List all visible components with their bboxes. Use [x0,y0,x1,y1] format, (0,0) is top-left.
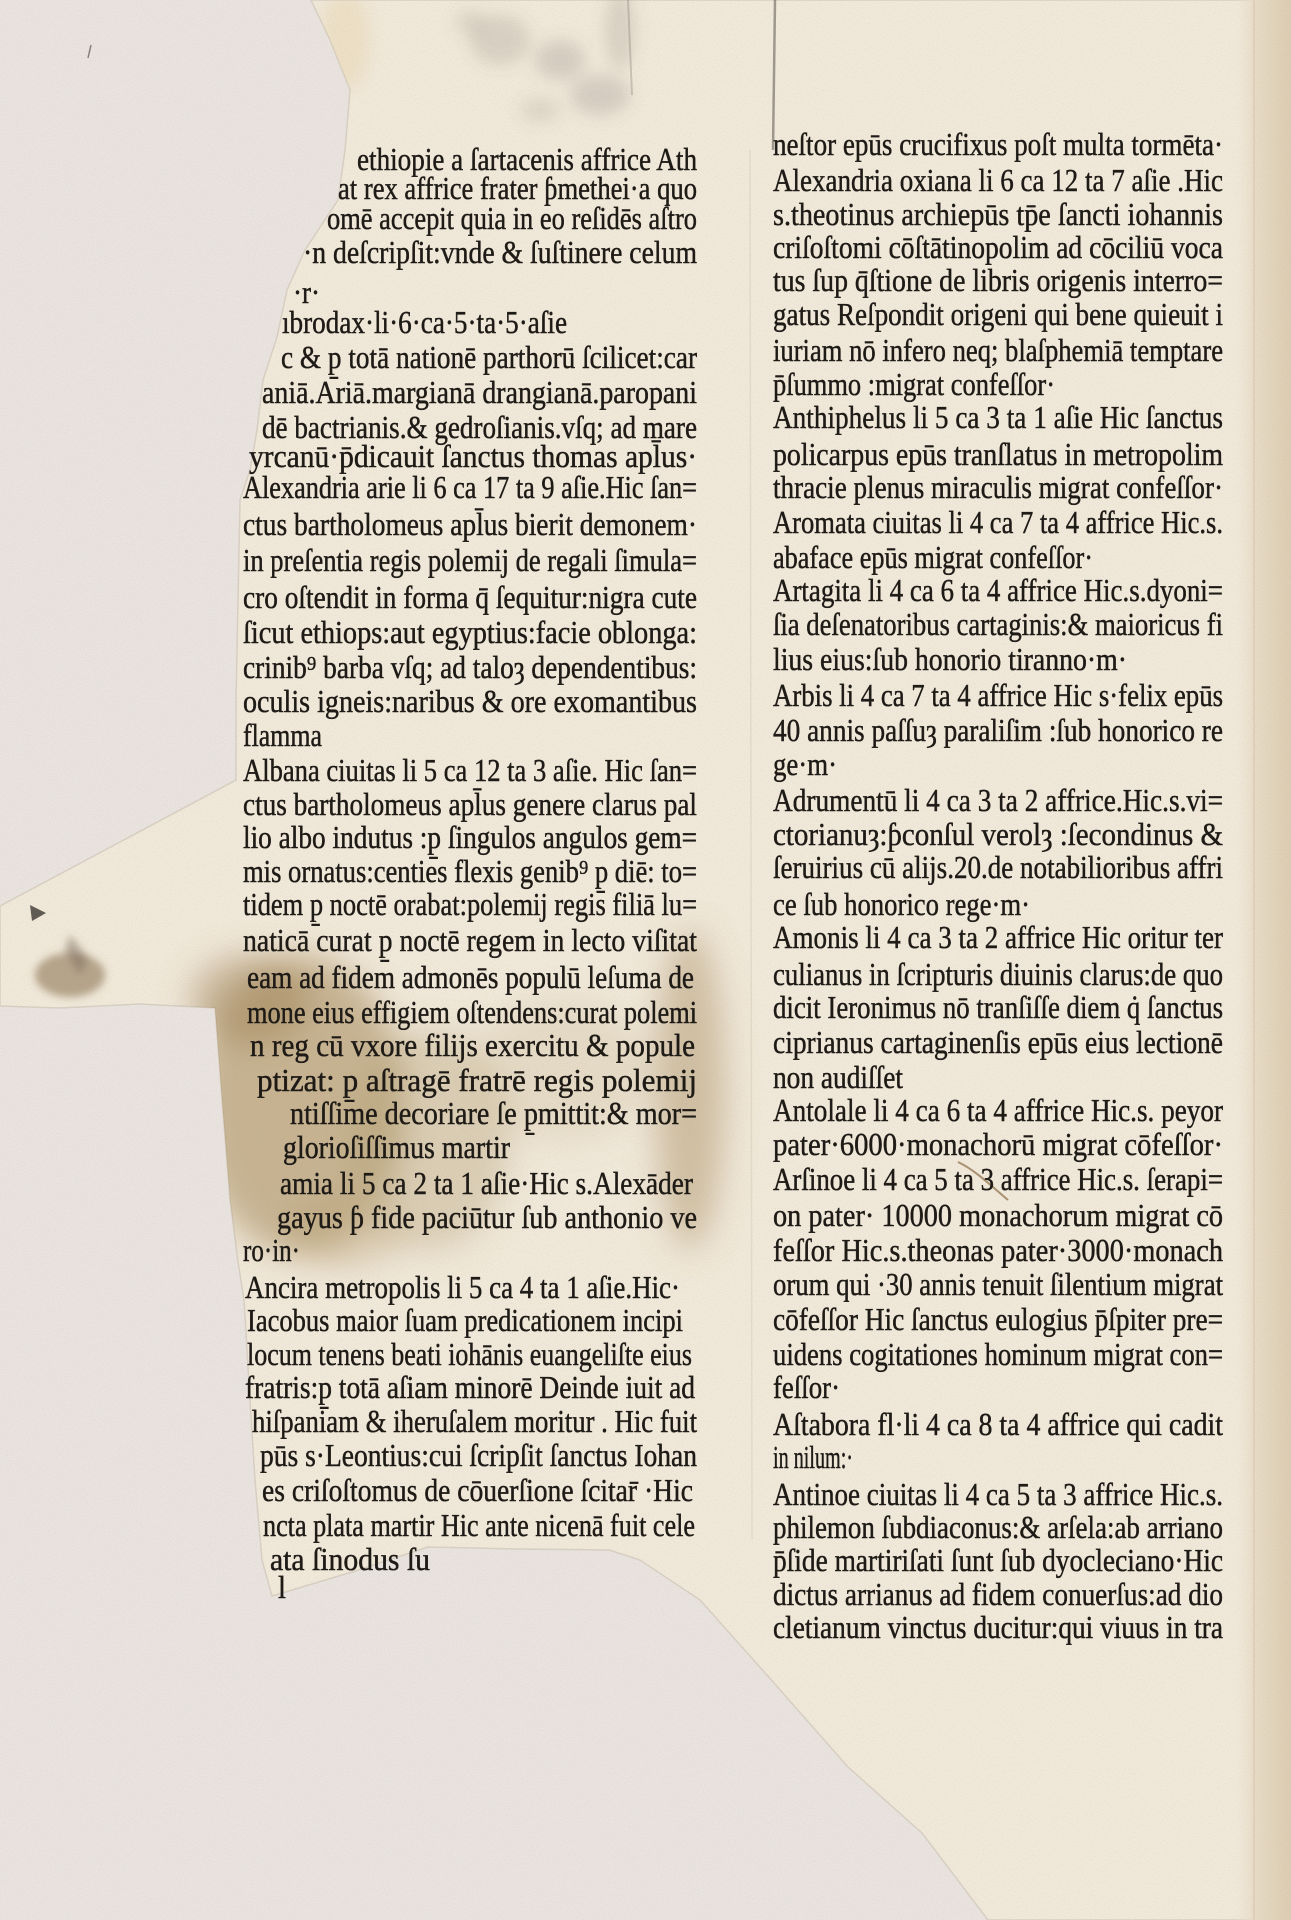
right-column-line: Aromata ciuitas li 4 ca 7 ta 4 affrice H… [773,505,1223,539]
line-text: ctus bartholomeus apl̄us genere clarus p… [243,787,697,821]
right-column-line: thracie plenus miraculis migrat confeſſo… [773,470,1223,504]
left-column-line: lio albo indutus :p̱ ſingulos angulos ge… [243,820,697,854]
left-column-line: omē accepit quia in eo reſidēs aſtro [327,201,697,235]
right-column-line: Alexandria oxiana li 6 ca 12 ta 7 aſie .… [773,163,1223,197]
right-column-line: ſeruirius cū alijs.20.de notabilioribus … [773,850,1223,884]
line-text: crinib⁹ barba vſq; ad taloȝ dependentibu… [243,650,697,684]
line-text: ctorianuȝ:ƥconſul verolȝ :ſecondinus & [773,817,1223,851]
right-column-line: Arſinoe li 4 ca 5 ta 3 affrice Hic.s. ſe… [773,1162,1223,1196]
line-text: Anthiphelus li 5 ca 3 ta 1 aſie Hic ſanc… [773,400,1223,434]
line-text: uidens cogitationes hominum migrat con= [773,1337,1223,1371]
left-column-line: naticā curat p̱ noctē regem in lecto viſ… [243,923,697,957]
line-text: glorioſiſſimus martir [283,1130,510,1164]
left-column-line: fratris:p̱ totā aſiam minorē Deinde iuit… [245,1370,695,1404]
line-text: Amonis li 4 ca 3 ta 2 affrice Hic oritur… [773,920,1223,954]
line-text: Alexandria arie li 6 ca 17 ta 9 aſie.Hic… [243,470,697,504]
line-text: abaface epūs migrat confeſſor· [773,540,1093,574]
right-column-line: cletianum vinctus ducitur:qui viuus in t… [773,1610,1223,1644]
left-column-line: ata ſinodus ſu [270,1542,430,1576]
right-column-line: Amonis li 4 ca 3 ta 2 affrice Hic oritur… [773,920,1223,954]
left-column-line: Albana ciuitas li 5 ca 12 ta 3 aſie. Hic… [243,753,697,787]
left-column-line: locum tenens beati iohānis euangeliſte e… [247,1337,692,1371]
left-column-line: cro oſtendit in forma q̄ ſequitur:nigra … [243,580,697,614]
right-column-line: Aſtabora fl·li 4 ca 8 ta 4 affrice qui c… [773,1407,1223,1441]
left-column-line: eam ad fidem admonēs populū leſuma de [247,960,694,994]
line-text: tidem p̱ noctē orabat:polemij regis fili… [243,887,697,921]
line-text: omē accepit quia in eo reſidēs aſtro [327,201,697,235]
right-column-line: orum qui ·30 annis tenuit ſilentium migr… [773,1267,1223,1301]
line-text: Iacobus maior ſuam predicationem incipi [247,1303,683,1337]
right-column-line: feſſor· [773,1370,840,1404]
right-column-line: policarpus epūs tranſlatus in metropolim [773,437,1223,471]
line-text: policarpus epūs tranſlatus in metropolim [773,437,1223,471]
line-text: Aromata ciuitas li 4 ca 7 ta 4 affrice H… [773,505,1223,539]
right-column-line: Antolale li 4 ca 6 ta 4 affrice Hic.s. p… [773,1093,1223,1127]
right-column-line: ge·m· [773,747,837,781]
right-column-line: p̄ſide martiriſati ſunt ſub dyocleciano·… [773,1543,1223,1577]
left-column-line: ro·in· [243,1233,300,1267]
right-column-line: Antinoe ciuitas li 4 ca 5 ta 3 affrice H… [773,1477,1223,1511]
line-text: neſtor epūs crucifixus poſt multa tormēt… [773,127,1223,161]
left-column-line: oculis igneis:naribus & ore exomantibus [243,684,697,718]
right-column-line: philemon ſubdiaconus:& arſela:ab arriano [773,1510,1223,1544]
line-text: Artagita li 4 ca 6 ta 4 affrice Hic.s.dy… [773,573,1223,607]
left-column-line: tidem p̱ noctē orabat:polemij regis fili… [243,887,697,921]
line-text: non audiſſet [773,1060,903,1094]
left-column-line: mis ornatus:centies flexis genib⁹ p̱ diē… [243,854,697,888]
line-text: lio albo indutus :p̱ ſingulos angulos ge… [243,820,697,854]
line-text: hiſpaniam & iheruſalem moritur . Hic fui… [252,1404,697,1438]
line-text: ntiſſime decoriare ſe p̱mittit:& mor= [290,1096,697,1130]
right-column-line: feſſor Hic.s.theonas pater·3000·monach [773,1233,1223,1267]
left-column-line: ptizat: p̱ aſtragē fratrē regis polemij [257,1063,697,1097]
line-text: flamma [243,718,322,752]
left-column-line: l [278,1570,286,1604]
line-text: thracie plenus miraculis migrat confeſſo… [773,470,1223,504]
left-column-line: ıbrodax·li·6·ca·5·ta·5·aſie [282,305,567,339]
right-column-line: p̄ſummo :migrat confeſſor· [773,367,1055,401]
right-column-line: pater·6000·monachorū migrat cōfeſſor· [773,1127,1223,1161]
right-column-line: dictus arrianus ad fidem conuerſus:ad di… [773,1577,1223,1611]
right-column-line: ce ſub honorico rege·m· [773,887,1030,921]
line-text: ·n deſcripſit:vnde & ſuſtinere celum [303,235,697,269]
line-text: yrcanū·p̄dicauit ſanctus thomas apl̄us· [249,439,697,473]
line-text: ıbrodax·li·6·ca·5·ta·5·aſie [282,305,567,339]
line-text: criſoſtomi cōſtātinopolim ad cōciliū voc… [773,230,1223,264]
line-text: aniā.Ariā.margianā drangianā.paropani [262,375,697,409]
line-text: in preſentia regis polemij de regali ſim… [243,543,697,577]
left-column-line: Iacobus maior ſuam predicationem incipi [247,1303,683,1337]
line-text: Aſtabora fl·li 4 ca 8 ta 4 affrice qui c… [773,1407,1223,1441]
line-text: Antolale li 4 ca 6 ta 4 affrice Hic.s. p… [773,1093,1223,1127]
left-column-line: gayus ƥ fide paciūtur ſub anthonio ve [277,1200,697,1234]
left-column-line: n reg cū vxore filijs exercitu & popule [250,1028,695,1062]
left-column-line: in preſentia regis polemij de regali ſim… [243,543,697,577]
line-text: Alexandria oxiana li 6 ca 12 ta 7 aſie .… [773,163,1223,197]
right-column-line: 40 annis paſſuȝ paraliſim :ſub honorico … [773,713,1223,747]
right-column-line: dicit Ieronimus nō tranſiſſe diem q̇ ſan… [773,990,1223,1024]
left-column-line: crinib⁹ barba vſq; ad taloȝ dependentibu… [243,650,697,684]
line-text: ciprianus cartaginenſis epūs eius lectio… [773,1025,1223,1059]
line-text: ſeruirius cū alijs.20.de notabilioribus … [773,850,1223,884]
line-text: ncta plata martir Hic ante nicenā fuit c… [263,1508,695,1542]
line-text: philemon ſubdiaconus:& arſela:ab arriano [773,1510,1223,1544]
line-text: Adrumentū li 4 ca 3 ta 2 affrice.Hic.s.v… [773,783,1223,817]
left-column-line: Alexandria arie li 6 ca 17 ta 9 aſie.Hic… [243,470,697,504]
left-column-line: glorioſiſſimus martir [283,1130,510,1164]
line-text: mis ornatus:centies flexis genib⁹ p̱ diē… [243,854,697,888]
line-text: on pater· 10000 monachorum migrat cō [773,1198,1223,1232]
left-column-line: pūs s·Leontius:cui ſcripſit ſanctus Ioha… [260,1438,697,1472]
line-text: mone eius effigiem oſtendens:curat polem… [247,995,697,1029]
line-text: pater·6000·monachorū migrat cōfeſſor· [773,1127,1223,1161]
line-text: ge·m· [773,747,837,781]
right-column-line: Anthiphelus li 5 ca 3 ta 1 aſie Hic ſanc… [773,400,1223,434]
line-text: locum tenens beati iohānis euangeliſte e… [247,1337,692,1371]
left-column-line: yrcanū·p̄dicauit ſanctus thomas apl̄us· [249,439,697,473]
line-text: eam ad fidem admonēs populū leſuma de [247,960,694,994]
right-column-line: Arbis li 4 ca 7 ta 4 affrice Hic s·felix… [773,678,1223,712]
line-text: in nilum:· [773,1440,853,1474]
line-text: Ancira metropolis li 5 ca 4 ta 1 aſie.Hi… [245,1270,680,1304]
right-column-line: ciprianus cartaginenſis epūs eius lectio… [773,1025,1223,1059]
line-text: dictus arrianus ad fidem conuerſus:ad di… [773,1577,1223,1611]
line-text: ce ſub honorico rege·m· [773,887,1030,921]
left-column-line: Ancira metropolis li 5 ca 4 ta 1 aſie.Hi… [245,1270,680,1304]
right-column-line: tus ſup q̄ſtione de libris origenis inte… [773,263,1223,297]
right-column-line: ſia deſenatoribus cartaginis:& maioricus… [773,607,1223,641]
right-column-line: neſtor epūs crucifixus poſt multa tormēt… [773,127,1223,161]
line-text: naticā curat p̱ noctē regem in lecto viſ… [243,923,697,957]
left-column-line: mone eius effigiem oſtendens:curat polem… [247,995,697,1029]
right-column-line: uidens cogitationes hominum migrat con= [773,1337,1223,1371]
line-text: feſſor· [773,1370,840,1404]
right-column-line: ctorianuȝ:ƥconſul verolȝ :ſecondinus & [773,817,1223,851]
line-text: Arbis li 4 ca 7 ta 4 affrice Hic s·felix… [773,678,1223,712]
right-column-line: non audiſſet [773,1060,903,1094]
left-column-line: hiſpaniam & iheruſalem moritur . Hic fui… [252,1404,697,1438]
line-text: tus ſup q̄ſtione de libris origenis inte… [773,263,1223,297]
line-text: gayus ƥ fide paciūtur ſub anthonio ve [277,1200,697,1234]
line-text: culianus in ſcripturis diuinis clarus:de… [773,957,1223,991]
line-text: orum qui ·30 annis tenuit ſilentium migr… [773,1267,1223,1301]
right-column-line: in nilum:· [773,1440,853,1474]
line-text: ſia deſenatoribus cartaginis:& maioricus… [773,607,1223,641]
line-text: fratris:p̱ totā aſiam minorē Deinde iuit… [245,1370,695,1404]
line-text: pūs s·Leontius:cui ſcripſit ſanctus Ioha… [260,1438,697,1472]
line-text: 40 annis paſſuȝ paraliſim :ſub honorico … [773,713,1223,747]
line-text: l [278,1570,286,1604]
left-column-line: ſicut ethiops:aut egyptius:facie oblonga… [243,615,697,649]
right-column-line: culianus in ſcripturis diuinis clarus:de… [773,957,1223,991]
right-column-line: lius eius:ſub honorio tiranno·m· [773,642,1127,676]
line-text: feſſor Hic.s.theonas pater·3000·monach [773,1233,1223,1267]
line-text: gatus Reſpondit origeni qui bene quieuit… [773,297,1223,331]
left-column-line: aniā.Ariā.margianā drangianā.paropani [262,375,697,409]
line-text: p̄ſide martiriſati ſunt ſub dyocleciano·… [773,1543,1223,1577]
line-text: ro·in· [243,1233,300,1267]
line-text: n reg cū vxore filijs exercitu & popule [250,1028,695,1062]
line-text: cletianum vinctus ducitur:qui viuus in t… [773,1610,1223,1644]
line-text: Arſinoe li 4 ca 5 ta 3 affrice Hic.s. ſe… [773,1162,1223,1196]
right-column-line: criſoſtomi cōſtātinopolim ad cōciliū voc… [773,230,1223,264]
left-column-line: ncta plata martir Hic ante nicenā fuit c… [263,1508,695,1542]
line-text: Antinoe ciuitas li 4 ca 5 ta 3 affrice H… [773,1477,1223,1511]
left-column-line: amia li 5 ca 2 ta 1 aſie·Hic s.Alexāder [280,1166,693,1200]
line-text: dicit Ieronimus nō tranſiſſe diem q̇ ſan… [773,990,1223,1024]
line-text: iuriam nō infero neq; blaſphemiā temptar… [773,333,1223,367]
right-column-line: iuriam nō infero neq; blaſphemiā temptar… [773,333,1223,367]
line-text: ctus bartholomeus apl̄us bierit demonem· [243,507,697,541]
right-column-line: gatus Reſpondit origeni qui bene quieuit… [773,297,1223,331]
left-column-line: ctus bartholomeus apl̄us genere clarus p… [243,787,697,821]
line-text: es criſoſtomus de cōuerſione ſcitar̄ ·Hi… [262,1473,693,1507]
left-column-line: es criſoſtomus de cōuerſione ſcitar̄ ·Hi… [262,1473,693,1507]
line-text: ptizat: p̱ aſtragē fratrē regis polemij [257,1063,697,1097]
line-text: Albana ciuitas li 5 ca 12 ta 3 aſie. Hic… [243,753,697,787]
right-column-line: on pater· 10000 monachorum migrat cō [773,1198,1223,1232]
line-text: p̄ſummo :migrat confeſſor· [773,367,1055,401]
line-text: amia li 5 ca 2 ta 1 aſie·Hic s.Alexāder [280,1166,693,1200]
left-column-line: ·n deſcripſit:vnde & ſuſtinere celum [303,235,697,269]
left-column-line: flamma [243,718,322,752]
right-column-line: Artagita li 4 ca 6 ta 4 affrice Hic.s.dy… [773,573,1223,607]
right-text-column: neſtor epūs crucifixus poſt multa tormēt… [773,0,1223,1640]
right-column-line: cōfeſſor Hic ſanctus eulogius p̄ſpiter p… [773,1302,1223,1336]
line-text: cōfeſſor Hic ſanctus eulogius p̄ſpiter p… [773,1302,1223,1336]
line-text: c & p̱ totā nationē parthorū ſcilicet:ca… [281,340,697,374]
line-text: ſicut ethiops:aut egyptius:facie oblonga… [243,615,697,649]
line-text: s.theotinus archiepūs tp̄e ſancti iohann… [773,197,1223,231]
right-column-line: Adrumentū li 4 ca 3 ta 2 affrice.Hic.s.v… [773,783,1223,817]
left-column-line: c & p̱ totā nationē parthorū ſcilicet:ca… [281,340,697,374]
right-column-line: abaface epūs migrat confeſſor· [773,540,1093,574]
line-text: oculis igneis:naribus & ore exomantibus [243,684,697,718]
line-text: lius eius:ſub honorio tiranno·m· [773,642,1127,676]
left-column-line: ntiſſime decoriare ſe p̱mittit:& mor= [290,1096,697,1130]
line-text: ata ſinodus ſu [270,1542,430,1576]
line-text: cro oſtendit in forma q̄ ſequitur:nigra … [243,580,697,614]
left-text-column: ethiopie a ſartacenis affrice Ath at rex… [243,0,697,1640]
right-column-line: s.theotinus archiepūs tp̄e ſancti iohann… [773,197,1223,231]
left-column-line: ctus bartholomeus apl̄us bierit demonem· [243,507,697,541]
